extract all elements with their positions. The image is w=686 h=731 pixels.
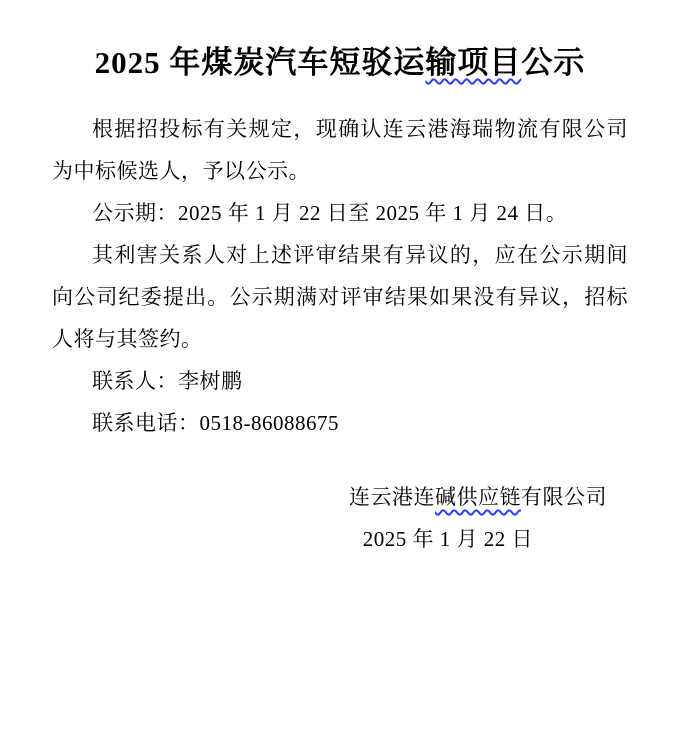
announcement-document: 2025 年煤炭汽车短驳运输项目公示 根据招投标有关规定，现确认连云港海瑞物流有… [0,0,686,731]
title-text-pre: 2025 年煤炭汽车短驳运 [95,45,426,80]
title-spellcheck-squiggle: 输项目 [425,45,521,80]
company-name-post: 有限公司 [521,485,607,509]
signature-company: 连云港连碱供应链有限公司 [52,476,628,518]
page-title: 2025 年煤炭汽车短驳运输项目公示 [52,40,628,85]
paragraph-objection-instructions: 其利害关系人对上述评审结果有异议的，应在公示期间向公司纪委提出。公示期满对评审结… [52,234,628,360]
paragraph-confirmation: 根据招投标有关规定，现确认连云港海瑞物流有限公司为中标候选人，予以公示。 [52,108,628,192]
document-body: 根据招投标有关规定，现确认连云港海瑞物流有限公司为中标候选人，予以公示。 公示期… [52,108,628,444]
contact-phone-line: 联系电话：0518-86088675 [52,402,628,444]
title-text-post: 公示 [521,45,585,80]
signature-block: 连云港连碱供应链有限公司 2025 年 1 月 22 日 [52,476,628,560]
contact-person-line: 联系人：李树鹏 [52,360,628,402]
company-name-pre: 连云港连 [349,485,435,509]
paragraph-publicity-period: 公示期：2025 年 1 月 22 日至 2025 年 1 月 24 日。 [52,192,628,234]
signature-date: 2025 年 1 月 22 日 [52,518,628,560]
company-spellcheck-squiggle: 碱供应链 [435,485,521,509]
